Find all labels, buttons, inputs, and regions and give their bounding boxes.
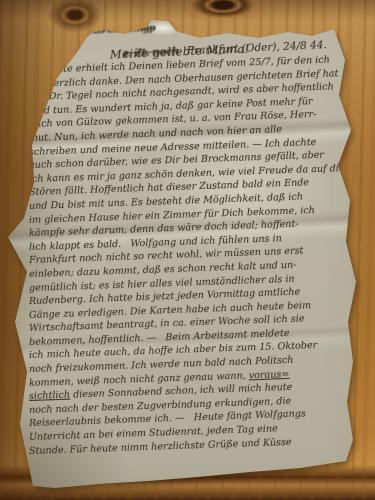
letter-photo: mnyngzn s bjnls mwk mgp z. Zt. nochFrank… bbox=[0, 0, 375, 500]
underlined-word: sichtlich bbox=[29, 390, 70, 402]
underlined-word: voraus= bbox=[249, 369, 290, 381]
letter-body: Heute erhielt ich Deinen lieben Brief vo… bbox=[29, 64, 349, 458]
crossed-out-text-top: mnyngzn s bbox=[88, 15, 132, 27]
paper-shadow-wrap: mnyngzn s bjnls mwk mgp z. Zt. nochFrank… bbox=[0, 0, 375, 500]
letter-paper: mnyngzn s bjnls mwk mgp z. Zt. nochFrank… bbox=[0, 0, 375, 500]
